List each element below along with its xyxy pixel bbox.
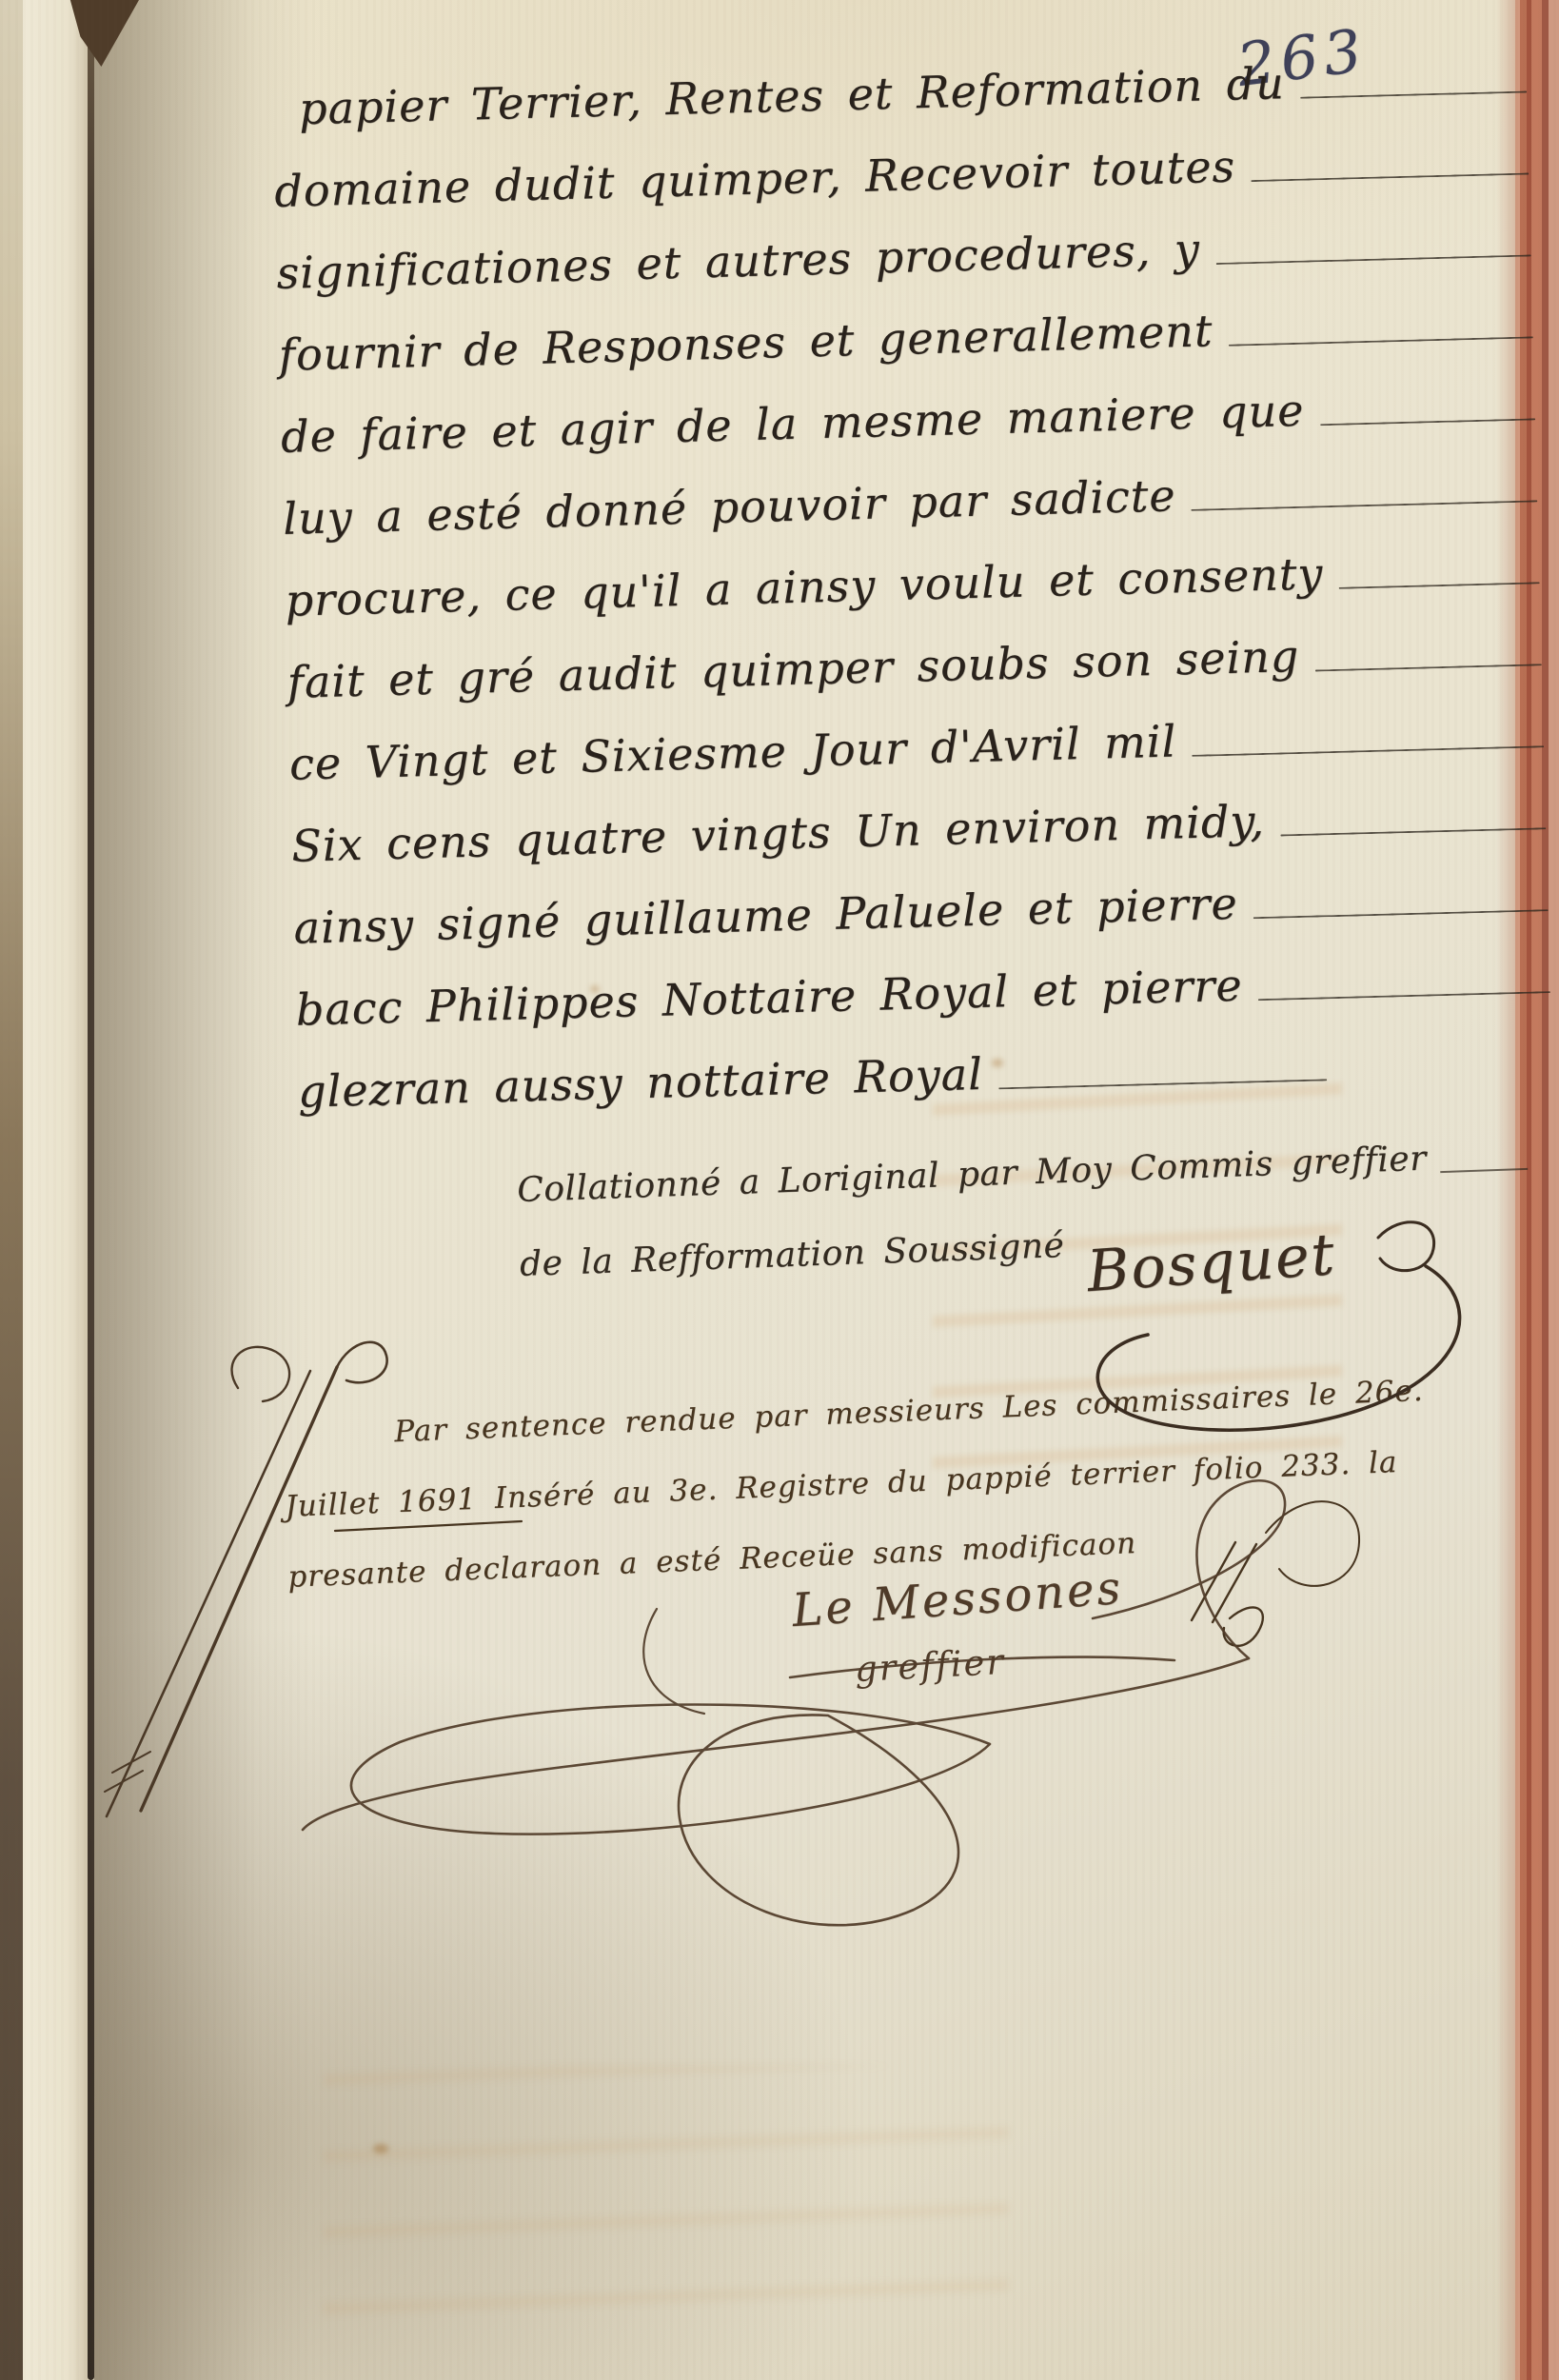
clerk-title: greffier [854, 1641, 1006, 1690]
line-filler-rule [998, 1079, 1327, 1089]
line-filler-rule [1192, 745, 1544, 757]
manuscript-page-photo: 263 papier Terrier, Rentes et Reformatio… [0, 0, 1559, 2380]
line-filler-rule [1253, 909, 1549, 919]
line-filler-rule [1339, 582, 1540, 589]
line-filler-rule [1251, 172, 1529, 182]
collation-clause: Collationné a Loriginal par Moy Commis g… [516, 1119, 1535, 1302]
book-binding-strip [0, 0, 23, 2380]
line-filler-rule [1229, 336, 1533, 346]
line-filler-rule [1280, 827, 1546, 836]
line-filler-rule [1300, 90, 1527, 98]
previous-page-edge [23, 0, 89, 2380]
line-filler-rule [1320, 418, 1535, 426]
line-filler-rule [1440, 1168, 1528, 1173]
registration-note: Par sentence rendue par messieurs Les co… [281, 1352, 1526, 1613]
line-filler-rule [1258, 991, 1550, 1001]
gutter-crease [88, 0, 94, 2380]
line-filler-rule [1215, 254, 1530, 265]
manuscript-line-text: glezran aussy nottaire Royal [297, 1033, 984, 1133]
ink-bleedthrough-patch [324, 2066, 1009, 2323]
line-filler-rule [1192, 500, 1538, 511]
foxing-spot [373, 2144, 388, 2153]
manuscript-body: papier Terrier, Rentes et Reformation du… [271, 35, 1557, 1132]
line-filler-rule [1315, 664, 1542, 671]
